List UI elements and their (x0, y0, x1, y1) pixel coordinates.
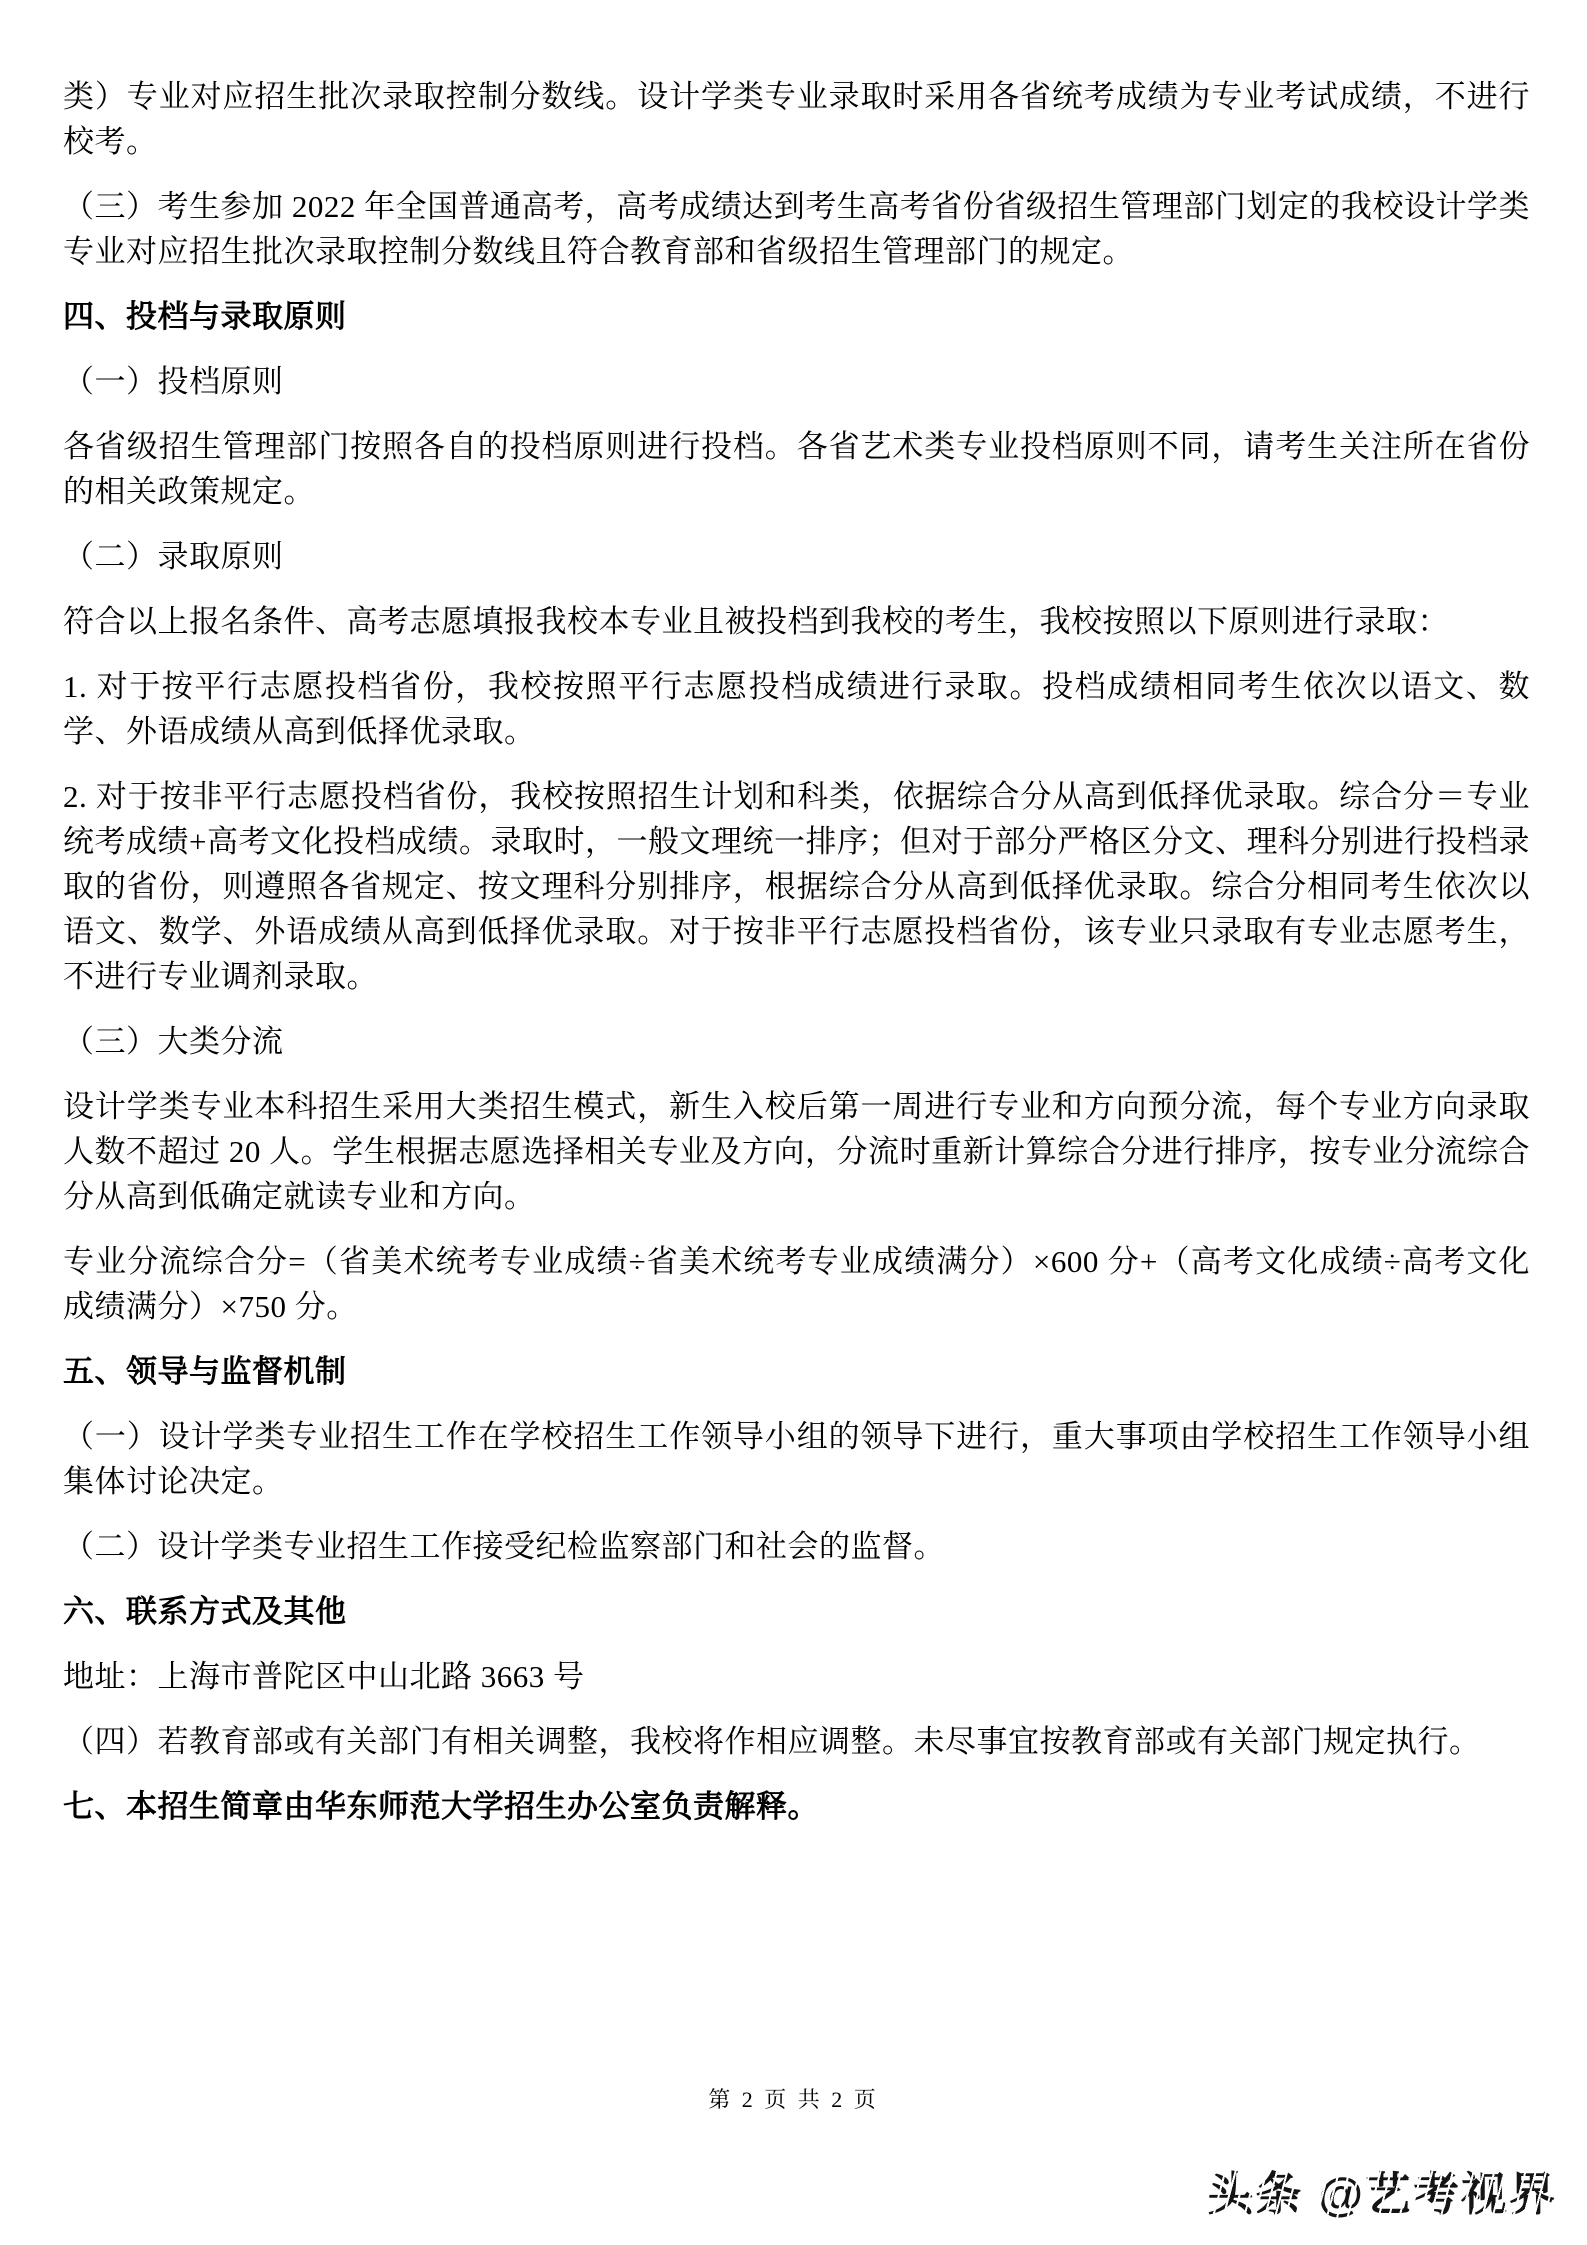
toutiao-watermark: 头条 @艺考视界 (1207, 2166, 1557, 2222)
paragraph-leadership-2: （二）设计学类专业招生工作接受纪检监察部门和社会的监督。 (63, 1524, 1530, 1569)
paragraph-item-3: （三）考生参加 2022 年全国普通高考，高考成绩达到考生高考省份省级招生管理部… (63, 184, 1530, 274)
paragraph-admission-intro: 符合以上报名条件、高考志愿填报我校本专业且被投档到我校的考生，我校按照以下原则进… (63, 599, 1530, 644)
paragraph-continuation: 类）专业对应招生批次录取控制分数线。设计学类专业录取时采用各省统考成绩为专业考试… (63, 74, 1530, 164)
subsection-label-1: （一）投档原则 (63, 359, 1530, 404)
paragraph-leadership-1: （一）设计学类专业招生工作在学校招生工作领导小组的领导下进行，重大事项由学校招生… (63, 1414, 1530, 1504)
paragraph-major-split: 设计学类专业本科招生采用大类招生模式，新生入校后第一周进行专业和方向预分流，每个… (63, 1084, 1530, 1219)
paragraph-toudang-principle: 各省级招生管理部门按照各自的投档原则进行投档。各省艺术类专业投档原则不同，请考生… (63, 424, 1530, 514)
document-body: 类）专业对应招生批次录取控制分数线。设计学类专业录取时采用各省统考成绩为专业考试… (63, 74, 1530, 1849)
section-heading-4: 四、投档与录取原则 (63, 294, 1530, 339)
paragraph-rule-2: 2. 对于按非平行志愿投档省份，我校按照招生计划和科类，依据综合分从高到低择优录… (63, 774, 1530, 999)
page-number-footer: 第 2 页 共 2 页 (0, 2086, 1587, 2114)
paragraph-adjustment: （四）若教育部或有关部门有相关调整，我校将作相应调整。未尽事宜按教育部或有关部门… (63, 1719, 1530, 1764)
paragraph-rule-1: 1. 对于按平行志愿投档省份，我校按照平行志愿投档成绩进行录取。投档成绩相同考生… (63, 664, 1530, 754)
subsection-label-2: （二）录取原则 (63, 534, 1530, 579)
section-heading-7: 七、本招生简章由华东师范大学招生办公室负责解释。 (63, 1784, 1530, 1829)
section-heading-5: 五、领导与监督机制 (63, 1349, 1530, 1394)
document-page: 类）专业对应招生批次录取控制分数线。设计学类专业录取时采用各省统考成绩为专业考试… (0, 0, 1587, 2245)
subsection-label-3: （三）大类分流 (63, 1019, 1530, 1064)
section-heading-6: 六、联系方式及其他 (63, 1589, 1530, 1634)
paragraph-score-formula: 专业分流综合分=（省美术统考专业成绩÷省美术统考专业成绩满分）×600 分+（高… (63, 1239, 1530, 1329)
paragraph-address: 地址：上海市普陀区中山北路 3663 号 (63, 1654, 1530, 1699)
